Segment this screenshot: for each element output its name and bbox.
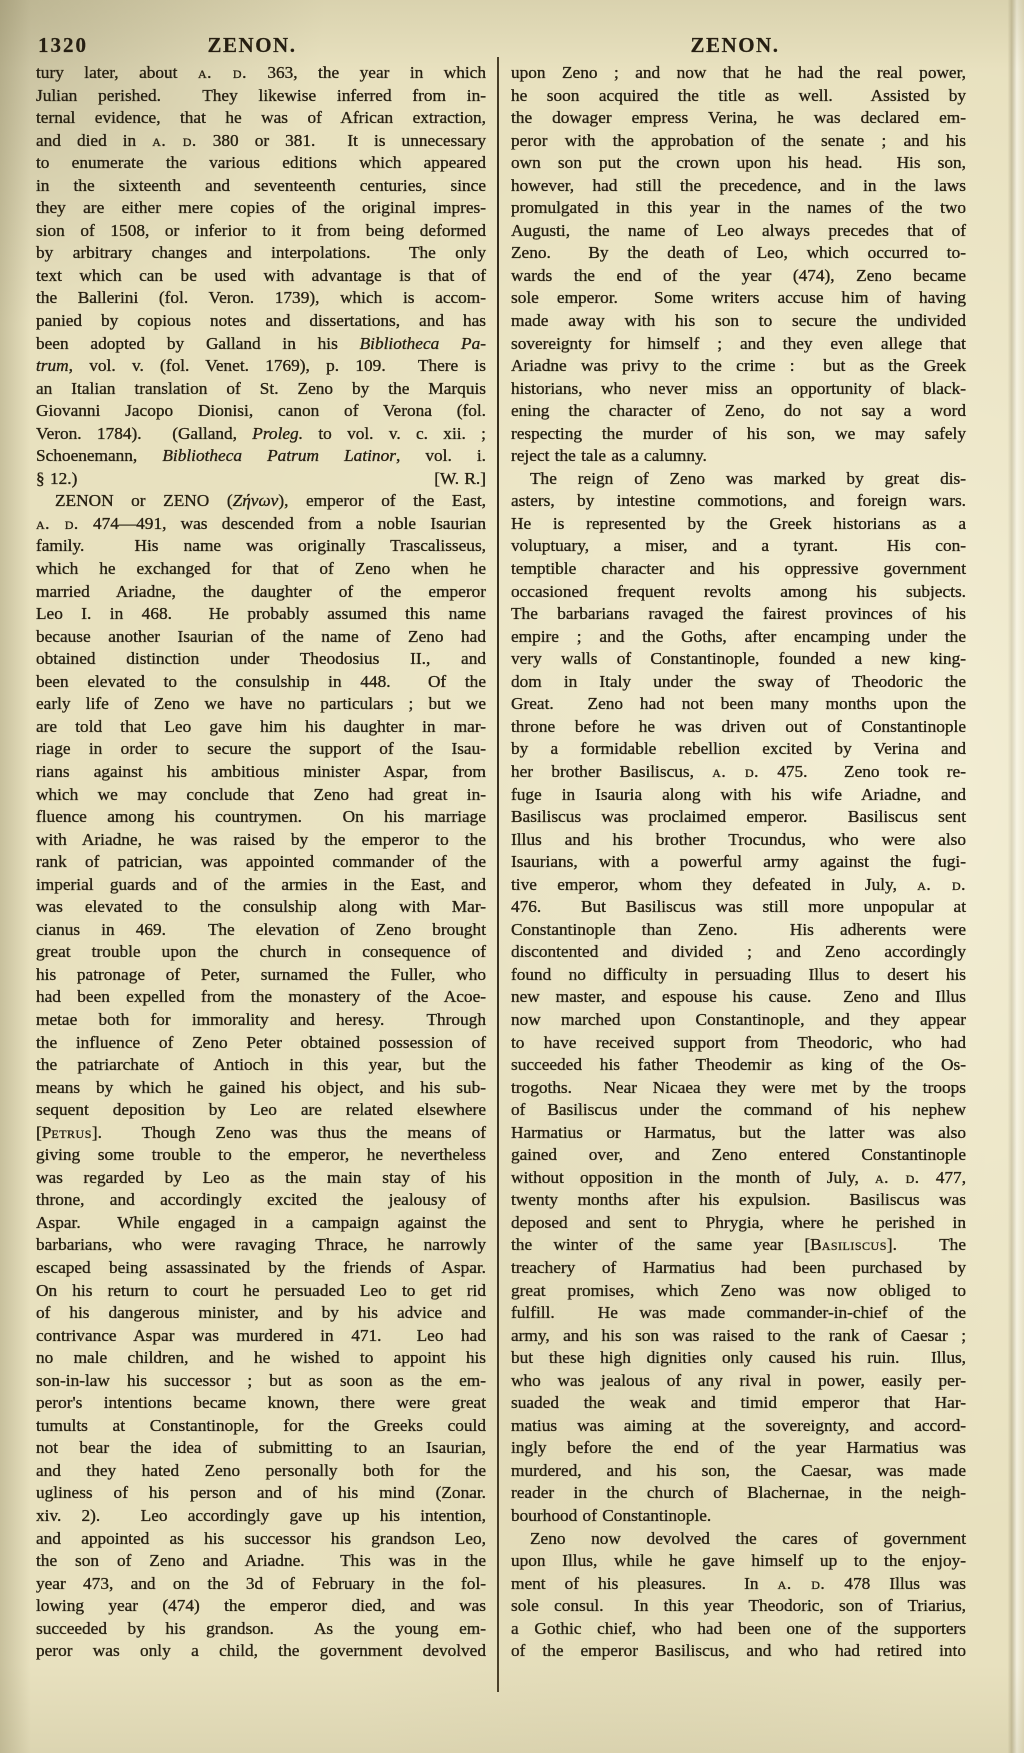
text-line: discontented and divided ; and Zeno acco… (511, 941, 966, 964)
text-line: of his dangerous minister, and by his ad… (36, 1302, 486, 1325)
text-line: family. His name was originally Trascali… (36, 535, 486, 558)
text-line: matius was aiming at the sovereignty, an… (511, 1415, 966, 1438)
text-line: tive emperor, whom they defeated in July… (511, 874, 966, 897)
text-line: was regarded by Leo as the main stay of … (36, 1167, 486, 1190)
text-line: by a formidable rebellion excited by Ver… (511, 738, 966, 761)
text-line: the winter of the same year [Basiliscus]… (511, 1234, 966, 1257)
text-line: Great. Zeno had not been many months upo… (511, 693, 966, 716)
text-line: throne, and accordingly excited the jeal… (36, 1189, 486, 1212)
text-line: peror was only a child, the government d… (36, 1640, 486, 1663)
text-line: because another Isaurian of the name of … (36, 626, 486, 649)
text-line: Illus and his brother Trocundus, who wer… (511, 829, 966, 852)
text-line: Constantinople than Zeno. His adherents … (511, 919, 966, 942)
text-line: reader in the church of Blachernae, in t… (511, 1482, 966, 1505)
text-line: bourhood of Constantinople. (511, 1505, 966, 1528)
text-line: tury later, about a. d. 363, the year in… (36, 62, 486, 85)
text-line: early life of Zeno we have no particular… (36, 693, 486, 716)
text-line: great trouble upon the church in consequ… (36, 941, 486, 964)
text-line: fulfill. He was made commander-in-chief … (511, 1302, 966, 1325)
text-line: peror with the approbation of the senate… (511, 130, 966, 153)
text-line: peror's intentions became known, there w… (36, 1392, 486, 1415)
text-line: had been expelled from the monastery of … (36, 986, 486, 1009)
text-line: upon Zeno ; and now that he had the real… (511, 62, 966, 85)
text-line: but these high dignities only caused his… (511, 1347, 966, 1370)
text-line: ugliness of his person and of his mind (… (36, 1482, 486, 1505)
text-line: xiv. 2). Leo accordingly gave up his int… (36, 1505, 486, 1528)
text-line: new master, and espouse his cause. Zeno … (511, 986, 966, 1009)
text-line: giving some trouble to the emperor, he n… (36, 1144, 486, 1167)
text-line: the son of Zeno and Ariadne. This was in… (36, 1550, 486, 1573)
text-line: which we may conclude that Zeno had grea… (36, 784, 486, 807)
text-line: in the sixteenth and seventeenth centuri… (36, 175, 486, 198)
text-line: been adopted by Galland in his Bibliothe… (36, 333, 486, 356)
text-line: panied by copious notes and dissertation… (36, 310, 486, 333)
text-line: trum, vol. v. (fol. Venet. 1769), p. 109… (36, 355, 486, 378)
text-line: a. d. 474—491, was descended from a nobl… (36, 513, 486, 536)
text-line: wards the end of the year (474), Zeno be… (511, 265, 966, 288)
text-line: and they hated Zeno personally both for … (36, 1460, 486, 1483)
text-line: imperial guards and of the armies in the… (36, 874, 486, 897)
text-line: and appointed as his successor his grand… (36, 1528, 486, 1551)
text-line: ingly before the end of the year Harmati… (511, 1437, 966, 1460)
text-line: Zeno now devolved the cares of governmen… (511, 1528, 966, 1551)
text-line: [Petrus]. Though Zeno was thus the means… (36, 1122, 486, 1145)
text-line: his patronage of Peter, surnamed the Ful… (36, 964, 486, 987)
text-line: reject the tale as a calumny. (511, 445, 966, 468)
text-line: escaped being assassinated by the friend… (36, 1257, 486, 1280)
text-line: Leo I. in 468. He probably assumed this … (36, 603, 486, 626)
text-line: asters, by intestine commotions, and for… (511, 490, 966, 513)
text-column-right: upon Zeno ; and now that he had the real… (511, 62, 966, 1663)
text-line: however, had still the precedence, and i… (511, 175, 966, 198)
text-line: great promises, which Zeno was now oblig… (511, 1280, 966, 1303)
text-line: throne before he was driven out of Const… (511, 716, 966, 739)
text-column-left: tury later, about a. d. 363, the year in… (36, 62, 486, 1663)
text-line: rians against his ambitious minister Asp… (36, 761, 486, 784)
text-line: occasioned frequent revolts among his su… (511, 581, 966, 604)
text-line: Aspar. While engaged in a campaign again… (36, 1212, 486, 1235)
text-line: Isaurians, with a powerful army against … (511, 851, 966, 874)
text-line: army, and his son was raised to the rank… (511, 1325, 966, 1348)
text-line: fluence among his countrymen. On his mar… (36, 806, 486, 829)
text-line: suaded the weak and timid emperor that H… (511, 1392, 966, 1415)
text-line: Basiliscus was proclaimed emperor. Basil… (511, 806, 966, 829)
text-line: made away with his son to secure the und… (511, 310, 966, 333)
text-line: the influence of Zeno Peter obtained pos… (36, 1032, 486, 1055)
text-line: of Basiliscus under the command of his n… (511, 1099, 966, 1122)
text-line: Ariadne was privy to the crime : but as … (511, 355, 966, 378)
text-line: by arbitrary changes and interpolations.… (36, 242, 486, 265)
text-line: murdered, and his son, the Caesar, was m… (511, 1460, 966, 1483)
text-line: with Ariadne, he was raised by the emper… (36, 829, 486, 852)
text-line: Giovanni Jacopo Dionisi, canon of Verona… (36, 400, 486, 423)
text-line: ment of his pleasures. In a. d. 478 Illu… (511, 1573, 966, 1596)
text-line: dom in Italy under the sway of Theodoric… (511, 671, 966, 694)
text-line: to have received support from Theodoric,… (511, 1032, 966, 1055)
text-line: fuge in Isauria along with his wife Aria… (511, 784, 966, 807)
text-line: trogoths. Near Nicaea they were met by t… (511, 1077, 966, 1100)
book-page: 1320 ZENON. ZENON. tury later, about a. … (0, 0, 1024, 1753)
text-line: 476. But Basiliscus was still more unpop… (511, 896, 966, 919)
text-line: succeeded his father Theodemir as king o… (511, 1054, 966, 1077)
text-line: been elevated to the consulship in 448. … (36, 671, 486, 694)
text-line: text which can be used with advantage is… (36, 265, 486, 288)
text-line: ening the character of Zeno, do not say … (511, 400, 966, 423)
text-line: gained over, and Zeno entered Constantin… (511, 1144, 966, 1167)
text-line: now marched upon Constantinople, and the… (511, 1009, 966, 1032)
text-line: he soon acquired the title as well. Assi… (511, 85, 966, 108)
text-line: no male children, and he wished to appoi… (36, 1347, 486, 1370)
text-line: rank of patrician, was appointed command… (36, 851, 486, 874)
text-line: § 12.)[W. R.] (36, 468, 486, 491)
text-line: Augusti, the name of Leo always precedes… (511, 220, 966, 243)
text-line: historians, who never miss an opportunit… (511, 378, 966, 401)
text-line: son-in-law his successor ; but as soon a… (36, 1370, 486, 1393)
running-head-right: ZENON. (511, 33, 959, 58)
text-line: twenty months after his expulsion. Basil… (511, 1189, 966, 1212)
text-line: deposed and sent to Phrygia, where he pe… (511, 1212, 966, 1235)
text-line: contrivance Aspar was murdered in 471. L… (36, 1325, 486, 1348)
text-line: respecting the murder of his son, we may… (511, 423, 966, 446)
text-line: sequent deposition by Leo are related el… (36, 1099, 486, 1122)
text-line: ternal evidence, that he was of African … (36, 107, 486, 130)
text-line: promulgated in this year in the names of… (511, 197, 966, 220)
text-line: year 473, and on the 3d of February in t… (36, 1573, 486, 1596)
text-line: her brother Basiliscus, a. d. 475. Zeno … (511, 761, 966, 784)
text-line: are told that Leo gave him his daughter … (36, 716, 486, 739)
text-line: they are either mere copies of the origi… (36, 197, 486, 220)
text-line: Zeno. By the death of Leo, which occurre… (511, 242, 966, 265)
text-line: metae both for immorality and heresy. Th… (36, 1009, 486, 1032)
text-line: was elevated to the consulship along wit… (36, 896, 486, 919)
text-line: ZENON or ZENO (Ζήνων), emperor of the Ea… (36, 490, 486, 513)
text-line: Harmatius or Harmatus, but the latter wa… (511, 1122, 966, 1145)
text-line: a Gothic chief, who had been one of the … (511, 1618, 966, 1641)
text-line: the Ballerini (fol. Veron. 1739), which … (36, 287, 486, 310)
text-line: cianus in 469. The elevation of Zeno bro… (36, 919, 486, 942)
text-line: to enumerate the various editions which … (36, 152, 486, 175)
text-line: not bear the idea of submitting to an Is… (36, 1437, 486, 1460)
text-line: sole emperor. Some writers accuse him of… (511, 287, 966, 310)
text-line: the dowager empress Verina, he was decla… (511, 107, 966, 130)
text-line: lowing year (474) the emperor died, and … (36, 1595, 486, 1618)
text-line: means by which he gained his object, and… (36, 1077, 486, 1100)
text-line: Veron. 1784). (Galland, Proleg. to vol. … (36, 423, 486, 446)
text-line: The reign of Zeno was marked by great di… (511, 468, 966, 491)
text-line: temptible character and his oppressive g… (511, 558, 966, 581)
text-line: without opposition in the month of July,… (511, 1167, 966, 1190)
text-line: succeeded by his grandson. As the young … (36, 1618, 486, 1641)
text-line: an Italian translation of St. Zeno by th… (36, 378, 486, 401)
text-line: empire ; and the Goths, after encamping … (511, 626, 966, 649)
text-line: the patriarchate of Antioch in this year… (36, 1054, 486, 1077)
text-line: The barbarians ravaged the fairest provi… (511, 603, 966, 626)
text-line: who was jealous of any rival in power, e… (511, 1370, 966, 1393)
text-line: tumults at Constantinople, for the Greek… (36, 1415, 486, 1438)
text-line: and died in a. d. 380 or 381. It is unne… (36, 130, 486, 153)
text-line: sion of 1508, or inferior to it from bei… (36, 220, 486, 243)
text-line: married Ariadne, the daughter of the emp… (36, 581, 486, 604)
text-line: which he exchanged for that of Zeno when… (36, 558, 486, 581)
signature-initials: [W. R.] (434, 468, 486, 491)
text-line: He is represented by the Greek historian… (511, 513, 966, 536)
text-line: of the emperor Basiliscus, and who had r… (511, 1640, 966, 1663)
text-line: treachery of Harmatius had been purchase… (511, 1257, 966, 1280)
text-line: upon Illus, while he gave himself up to … (511, 1550, 966, 1573)
text-line: riage in order to secure the support of … (36, 738, 486, 761)
text-line: sovereignty for himself ; and they even … (511, 333, 966, 356)
text-line: obtained distinction under Theodosius II… (36, 648, 486, 671)
text-line: voluptuary, a miser, and a tyrant. His c… (511, 535, 966, 558)
text-line: sole consul. In this year Theodoric, son… (511, 1595, 966, 1618)
text-line: Schoenemann, Bibliotheca Patrum Latinor,… (36, 445, 486, 468)
text-line: barbarians, who were ravaging Thrace, he… (36, 1234, 486, 1257)
text-line: very walls of Constantinople, founded a … (511, 648, 966, 671)
text-line: own son put the crown upon his head. His… (511, 152, 966, 175)
running-head-left: ZENON. (36, 33, 468, 58)
text-line: Julian perished. They likewise inferred … (36, 85, 486, 108)
text-line: found no difficulty in persuading Illus … (511, 964, 966, 987)
text-line: On his return to court he persuaded Leo … (36, 1280, 486, 1303)
column-divider-rule (497, 57, 499, 1692)
